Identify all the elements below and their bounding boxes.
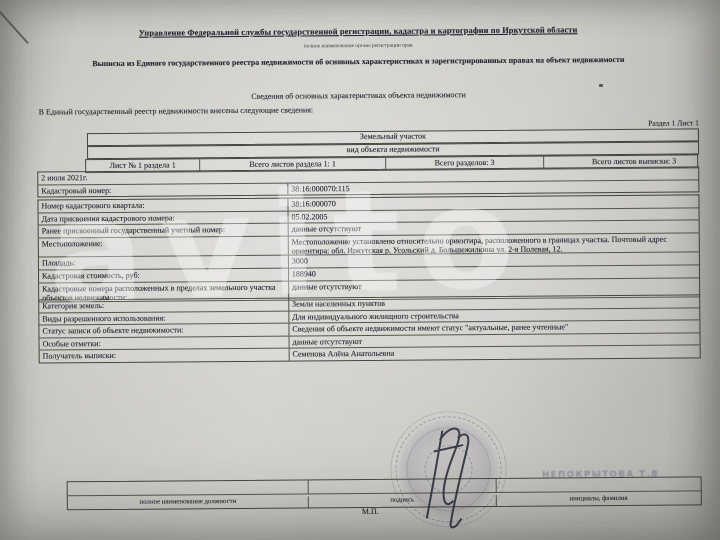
row-label: Категория земель: — [39, 299, 289, 313]
round-seal-stamp — [390, 411, 507, 528]
main-table-block3: Категория земель: Земли населенных пункт… — [38, 294, 700, 363]
row-label: Местоположение: — [39, 236, 289, 257]
row-label: Получатель выписки: — [40, 349, 290, 363]
row-value: Местоположение установлено относительно … — [289, 233, 699, 255]
seal-place-label: М.П. — [362, 507, 379, 516]
intro-line: В Единый государственный реестр недвижим… — [39, 105, 313, 116]
document-photo: Управление Федеральной службы государств… — [0, 0, 720, 540]
authority-caption: полное наименование органа регистрации п… — [158, 41, 558, 50]
row-label: Кадастровый номер: — [38, 183, 288, 197]
row-label: Виды разрешенного использования: — [39, 311, 289, 325]
row-label: Статус записи об объекте недвижимости: — [39, 324, 289, 338]
authority-title: Управление Федеральной службы государств… — [58, 25, 658, 39]
main-table-block1: 2 июля 2021г. Кадастровый номер: 38:16:0… — [37, 166, 699, 197]
signature-caption: подпись — [309, 495, 496, 507]
signature-table: полное наименование должности подпись ин… — [67, 476, 702, 510]
document-title: Выписка из Единого государственного реес… — [8, 54, 708, 68]
row-label: Номер кадастрового квартала: — [38, 199, 288, 213]
section-sheet-label: Раздел 1 Лист 1 — [499, 118, 699, 129]
row-label: Площадь: — [39, 256, 289, 270]
row-label: Особые отметки: — [40, 336, 290, 350]
main-table-block2: Номер кадастрового квартала: 38:16:00007… — [37, 194, 700, 302]
dust-speck — [599, 84, 603, 87]
section-title: Сведения об основных характеристиках объ… — [59, 89, 659, 103]
row-value: Семенова Алёна Анатольевна — [289, 346, 699, 361]
row-label: Ранее присвоенный государственный учетны… — [39, 224, 289, 238]
row-value: 38:16:000070:115 — [288, 180, 698, 195]
row-label: Дата присвоения кадастрового номера: — [39, 211, 289, 225]
position-caption: полное наименование должности — [68, 496, 309, 509]
row-label: Кадастровая стоимость, руб: — [39, 269, 289, 283]
paper-document: Управление Федеральной службы государств… — [0, 0, 720, 540]
name-caption: инициалы, фамилия — [496, 493, 700, 506]
